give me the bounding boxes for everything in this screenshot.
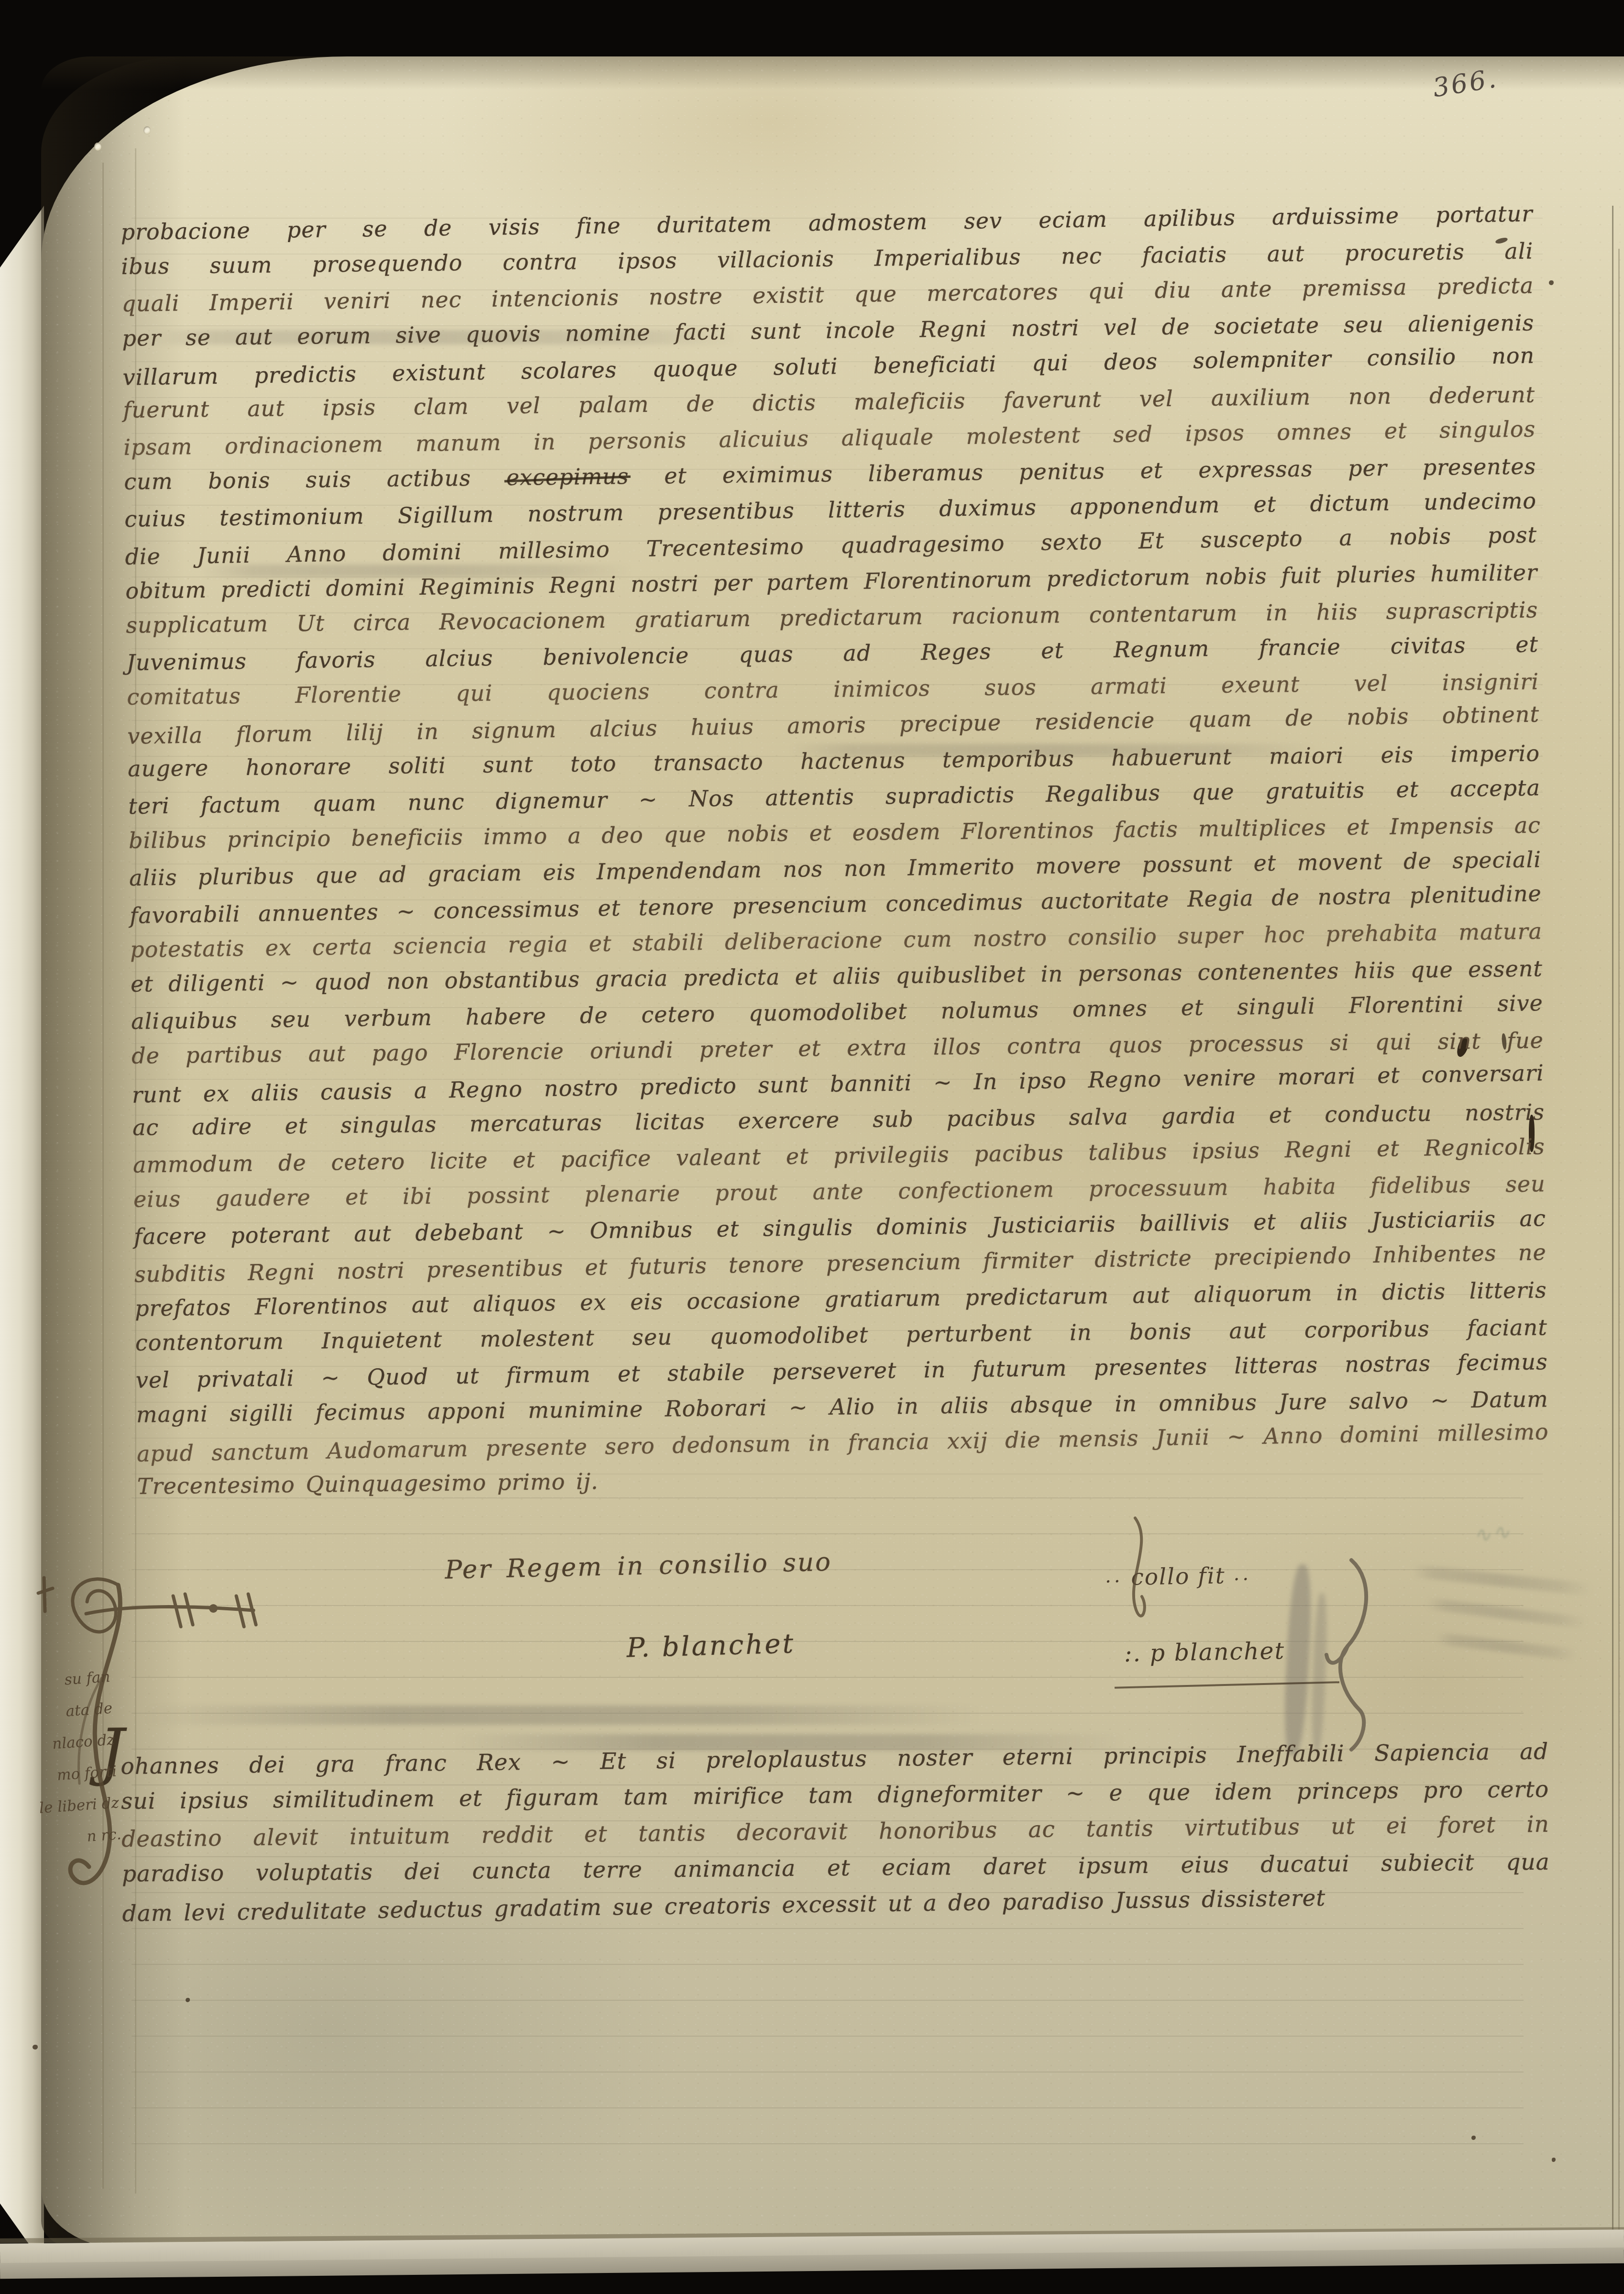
countersign-name: p blanchet [1149, 1637, 1285, 1667]
countersign-paraph-icon [1318, 1552, 1385, 1777]
main-text-block: probacione per se de visis fine duritate… [121, 196, 1549, 1506]
folio-number: 366. [1431, 63, 1500, 103]
subscription-per-regem: Per Regem in consilio suo [444, 1548, 832, 1585]
collation-flourish-icon [1112, 1514, 1155, 1639]
collation-dots: .. [1233, 1563, 1251, 1585]
manuscript-photo: { "page": { "folio_number": "366.", "ink… [0, 0, 1624, 2294]
countersign-prefix: :. [1124, 1640, 1142, 1667]
countersign-underline [1115, 1681, 1339, 1688]
margin-paraph-icon [30, 1559, 259, 1922]
text-layer: 366. probacione per se de visis fine dur… [0, 0, 1624, 2294]
strikethrough-word: excepimus [506, 463, 629, 490]
chancery-signature: P. blanchet [626, 1628, 795, 1663]
countersignature: :. p blanchet [1124, 1637, 1285, 1667]
